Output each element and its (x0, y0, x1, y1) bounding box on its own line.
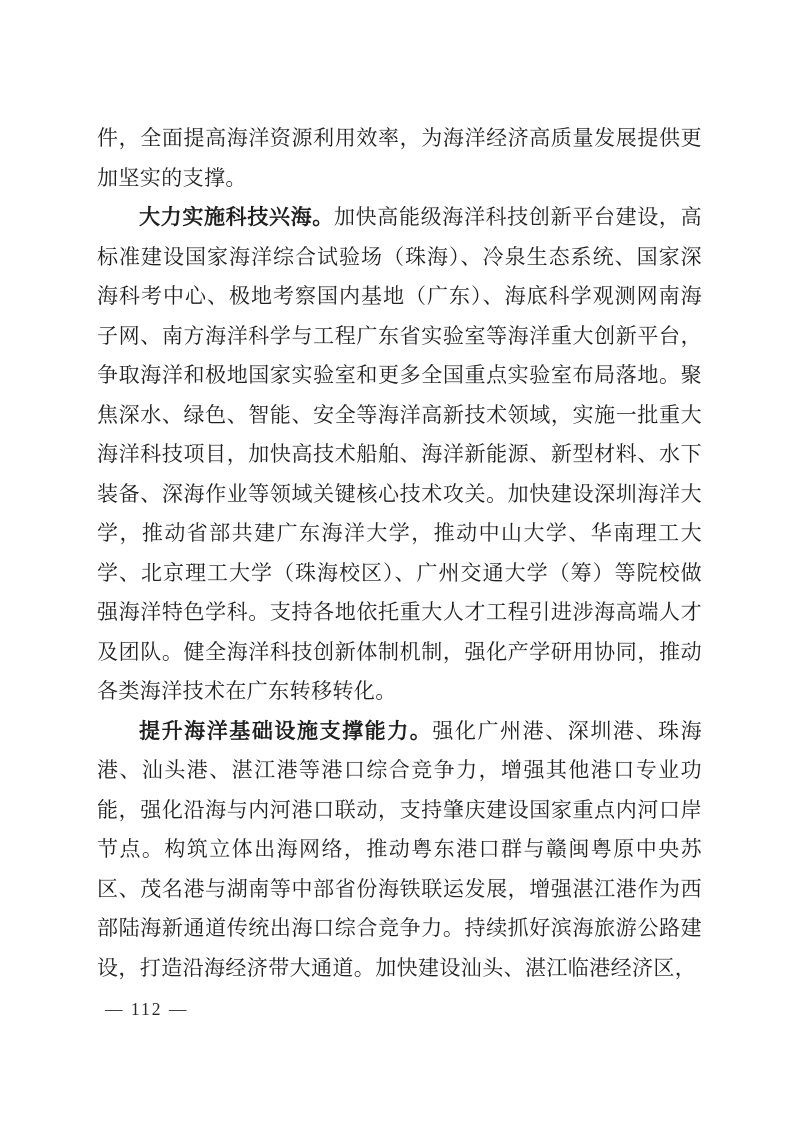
paragraph-lead: 提升海洋基础设施支撑能力。 (139, 719, 432, 743)
page-number: — 112 — (105, 999, 188, 1020)
paragraph-text: 加快高能级海洋科技创新平台建设，高标准建设国家海洋综合试验场（珠海）、冷泉生态系… (97, 205, 702, 703)
paragraph-infrastructure: 提升海洋基础设施支撑能力。强化广州港、深圳港、珠海港、汕头港、湛江港等港口综合竞… (97, 712, 702, 989)
paragraph-lead: 大力实施科技兴海。 (139, 205, 334, 229)
paragraph-text: 强化广州港、深圳港、珠海港、汕头港、湛江港等港口综合竞争力，增强其他港口专业功能… (97, 719, 702, 980)
paragraph-text: 件，全面提高海洋资源利用效率，为海洋经济高质量发展提供更加坚实的支撑。 (97, 126, 702, 190)
paragraph-science-tech: 大力实施科技兴海。加快高能级海洋科技创新平台建设，高标准建设国家海洋综合试验场（… (97, 198, 702, 712)
document-body: 件，全面提高海洋资源利用效率，为海洋经济高质量发展提供更加坚实的支撑。 大力实施… (97, 119, 702, 988)
paragraph-continuation: 件，全面提高海洋资源利用效率，为海洋经济高质量发展提供更加坚实的支撑。 (97, 119, 702, 198)
document-page: 件，全面提高海洋资源利用效率，为海洋经济高质量发展提供更加坚实的支撑。 大力实施… (0, 0, 794, 1123)
